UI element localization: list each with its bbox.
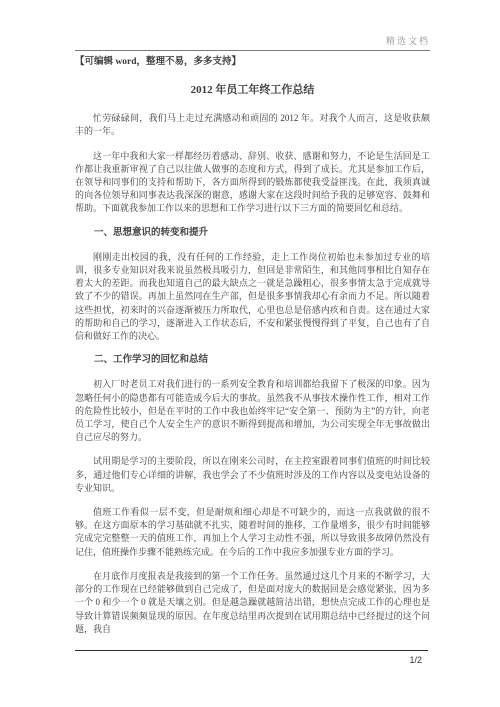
document-page: 精选文档 【可编辑 word，整理不易，多多支持】 2012 年员工年终工作总结… [0, 0, 500, 707]
document-body: 【可编辑 word，整理不易，多多支持】 2012 年员工年终工作总结 忙劳碌碌… [75, 56, 430, 647]
paragraph-section2-1: 初入厂时老员工对我们进行的一系列安全教育和培训都给我留下了极深的印象。因为忽略任… [75, 378, 430, 444]
paragraph-intro-2: 这一年中我和大家一样都经历着感动、辞别、收获、感谢和努力，不论是生活回是工作都让… [75, 150, 430, 216]
paragraph-section2-2: 试用期是学习的主要阶段，所以在刚来公司时，在主控室跟着同事们值班的时间比较多，通… [75, 455, 430, 495]
paragraph-section1-1: 刚刚走出校园的我，没有任何的工作经验，走上工作岗位初始也未参加过专业的培训，很多… [75, 251, 430, 343]
header-divider [75, 50, 430, 51]
section-heading-2: 二、工作学习的回忆和总结 [75, 354, 430, 367]
document-title: 2012 年员工年终工作总结 [75, 83, 430, 97]
paragraph-section2-4: 在月底作月度报表是我接到的第一个工作任务。虽然通过这几个月来的不断学习，大部分的… [75, 570, 430, 636]
page-footer: 1/2 [75, 650, 428, 665]
edit-note: 【可编辑 word，整理不易，多多支持】 [75, 56, 430, 69]
watermark-text: 精选文档 [75, 0, 430, 47]
footer-divider [75, 650, 428, 651]
section-heading-1: 一、思想意识的转变和提升 [75, 227, 430, 240]
paragraph-section2-3: 值班工作看似一层不变，但是耐烦和细心却是不可缺少的，而这一点我就做的很不够。在这… [75, 506, 430, 559]
paragraph-intro-1: 忙劳碌碌间，我们马上走过充满感动和顽固的 2012 年。对我个人而言，这是收获颇… [75, 112, 430, 138]
page-header: 精选文档 [75, 0, 430, 51]
page-number: 1/2 [75, 655, 428, 665]
